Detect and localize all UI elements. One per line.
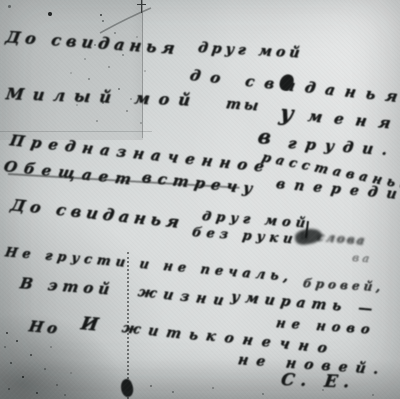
handwriting-fragment: друг мой xyxy=(197,40,305,61)
vertical-crease-bottom xyxy=(127,252,129,399)
handwriting-fragment: у xyxy=(278,100,296,127)
handwriting-fragment: жизни xyxy=(136,284,232,309)
handwriting-fragment: жить xyxy=(120,320,207,345)
handwriting-fragment: В этой xyxy=(18,274,115,298)
handwriting-fragment: И xyxy=(79,313,100,335)
handwriting-fragment: ты xyxy=(225,96,263,114)
handwriting-fragment: С. Е. xyxy=(280,370,357,393)
handwriting-fragment: груди. xyxy=(286,134,397,159)
handwriting-fragment: Милый мой xyxy=(5,84,201,110)
handwriting-layer: До свиданьядруг мойдо свиданьяМилый мойт… xyxy=(0,0,400,399)
handwriting-fragment: До свиданья xyxy=(4,27,181,58)
handwriting-fragment: меня xyxy=(306,107,400,133)
handwriting-fragment: умирать — xyxy=(229,289,379,318)
handwriting-fragment: Но xyxy=(27,317,63,338)
handwriting-fragment: бровей, xyxy=(302,276,386,294)
handwriting-fragment: в xyxy=(256,124,273,149)
manuscript-photo: До свиданьядруг мойдо свиданьяМилый мойт… xyxy=(0,0,400,399)
handwriting-fragment: не ново xyxy=(275,316,377,338)
handwriting-fragment: ва xyxy=(351,251,374,265)
handwriting-fragment: До свиданья xyxy=(9,195,186,232)
